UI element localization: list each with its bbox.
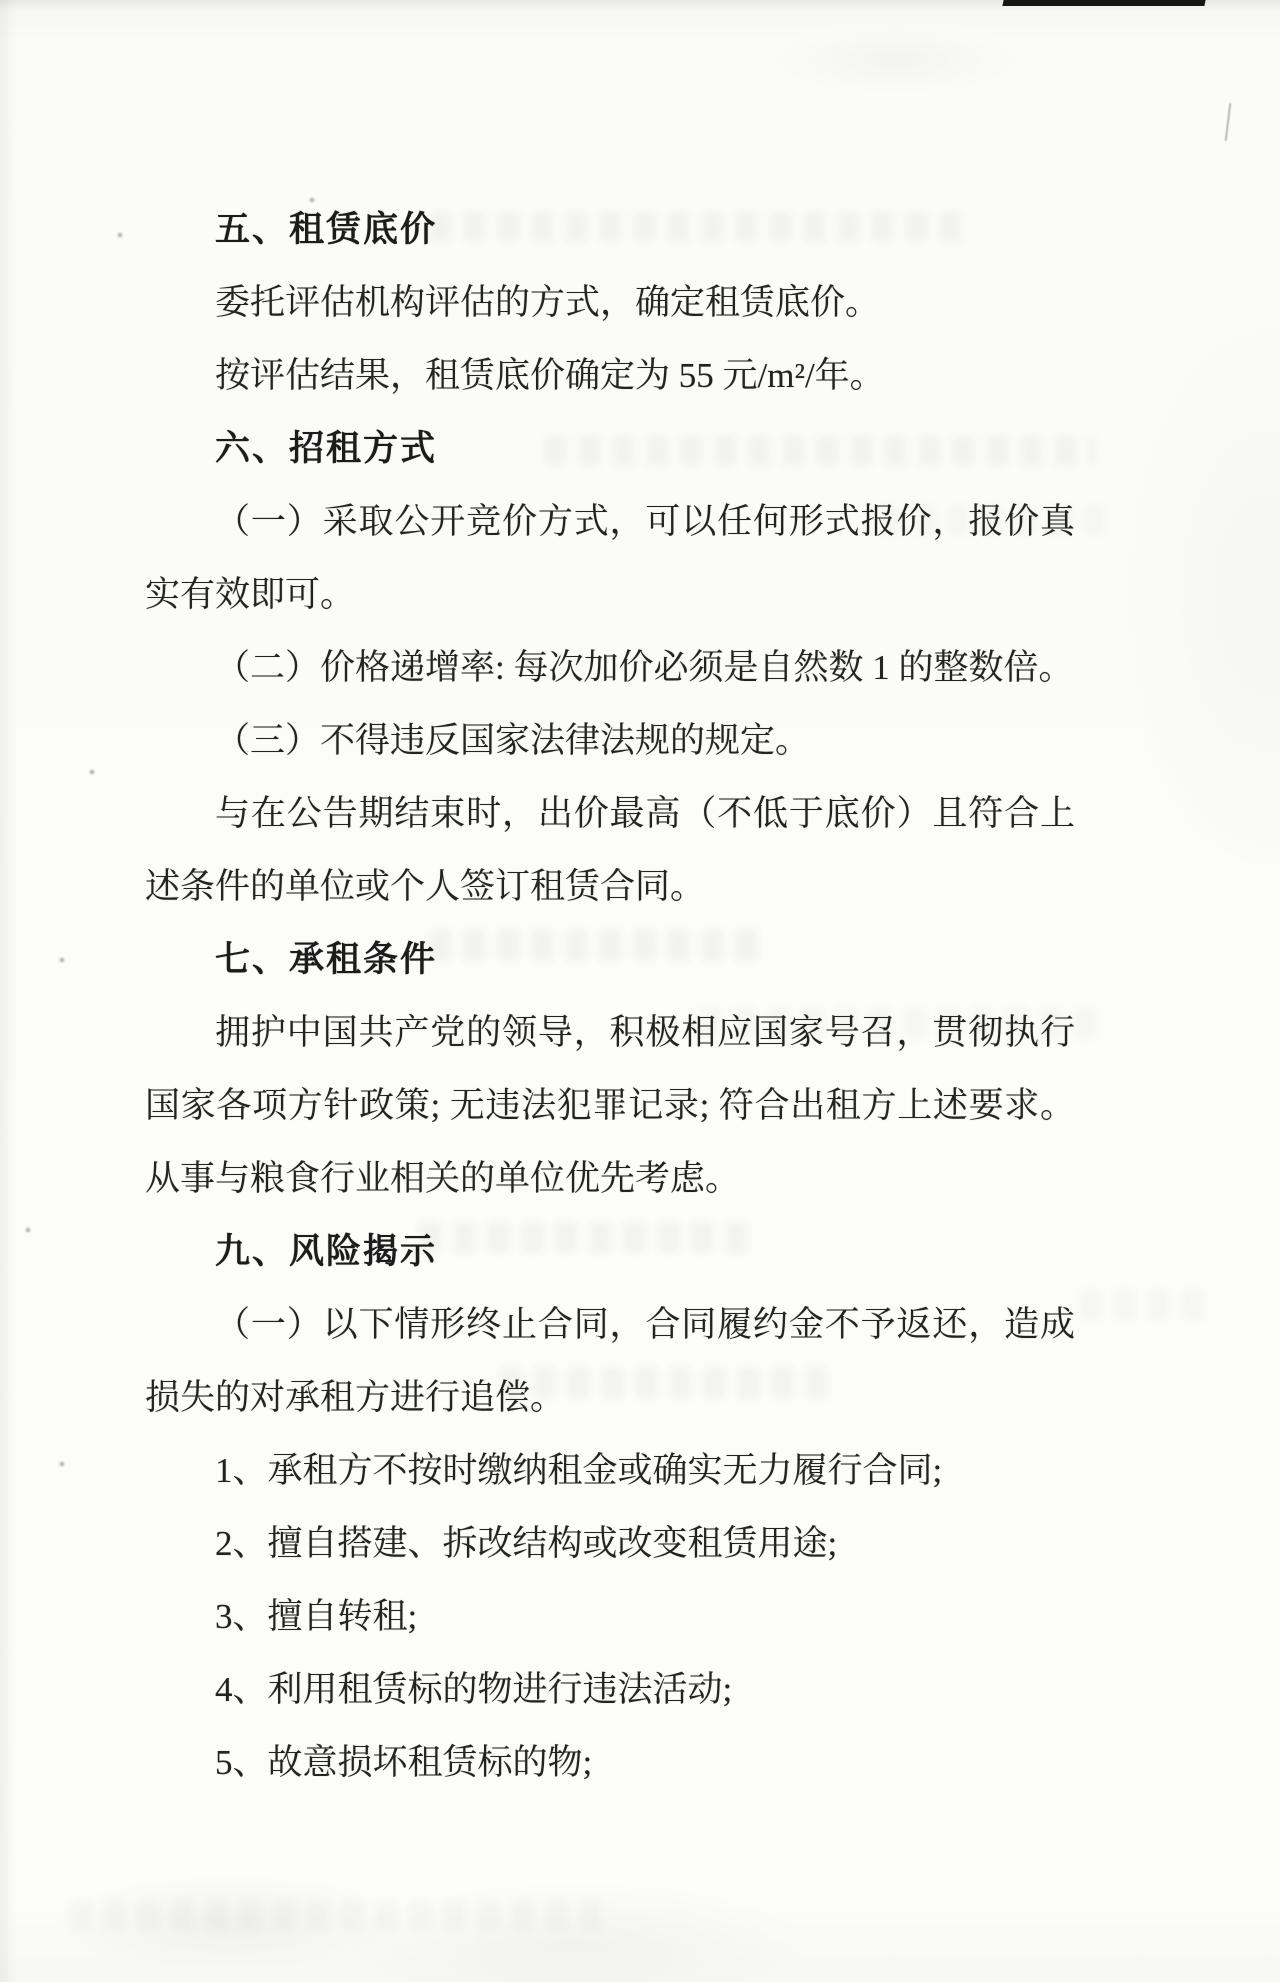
document-page: 五、租赁底价委托评估机构评估的方式，确定租赁底价。按评估结果，租赁底价确定为 5…	[0, 0, 1280, 1982]
scan-speck	[118, 233, 122, 237]
scan-speck	[60, 958, 64, 962]
paragraph: 3、擅自转租;	[145, 1580, 1075, 1653]
paragraph: 拥护中国共产党的领导，积极相应国家号召，贯彻执行国家各项方针政策; 无违法犯罪记…	[145, 996, 1075, 1215]
document-body: 五、租赁底价委托评估机构评估的方式，确定租赁底价。按评估结果，租赁底价确定为 5…	[145, 193, 1075, 1799]
section-heading: 七、承租条件	[145, 923, 1075, 996]
paragraph: （一）以下情形终止合同，合同履约金不予返还，造成损失的对承租方进行追偿。	[145, 1288, 1075, 1434]
scan-ghost-text	[70, 1900, 610, 1930]
section-heading: 五、租赁底价	[145, 193, 1075, 266]
paragraph: （一）采取公开竞价方式，可以任何形式报价，报价真实有效即可。	[145, 485, 1075, 631]
scan-artifact-black-bar	[1002, 0, 1205, 6]
paragraph: 委托评估机构评估的方式，确定租赁底价。	[145, 266, 1075, 339]
scan-speck	[90, 770, 94, 774]
scan-artifact-edge-tick	[1225, 103, 1232, 141]
paragraph: 5、故意损坏租赁标的物;	[145, 1726, 1075, 1799]
scan-artifact-left-shade	[0, 0, 16, 1982]
paragraph: 与在公告期结束时，出价最高（不低于底价）且符合上述条件的单位或个人签订租赁合同。	[145, 777, 1075, 923]
paragraph: 按评估结果，租赁底价确定为 55 元/m²/年。	[145, 339, 1075, 412]
scan-speck	[26, 1228, 30, 1232]
paragraph: 2、擅自搭建、拆改结构或改变租赁用途;	[145, 1507, 1075, 1580]
paragraph: （二）价格递增率: 每次加价必须是自然数 1 的整数倍。	[145, 631, 1075, 704]
paragraph: 4、利用租赁标的物进行违法活动;	[145, 1653, 1075, 1726]
scan-speck	[60, 1462, 64, 1466]
section-heading: 九、风险揭示	[145, 1215, 1075, 1288]
paragraph: 1、承租方不按时缴纳租金或确实无力履行合同;	[145, 1434, 1075, 1507]
scan-ghost-text	[1080, 1290, 1210, 1320]
paragraph: （三）不得违反国家法律法规的规定。	[145, 704, 1075, 777]
section-heading: 六、招租方式	[145, 412, 1075, 485]
